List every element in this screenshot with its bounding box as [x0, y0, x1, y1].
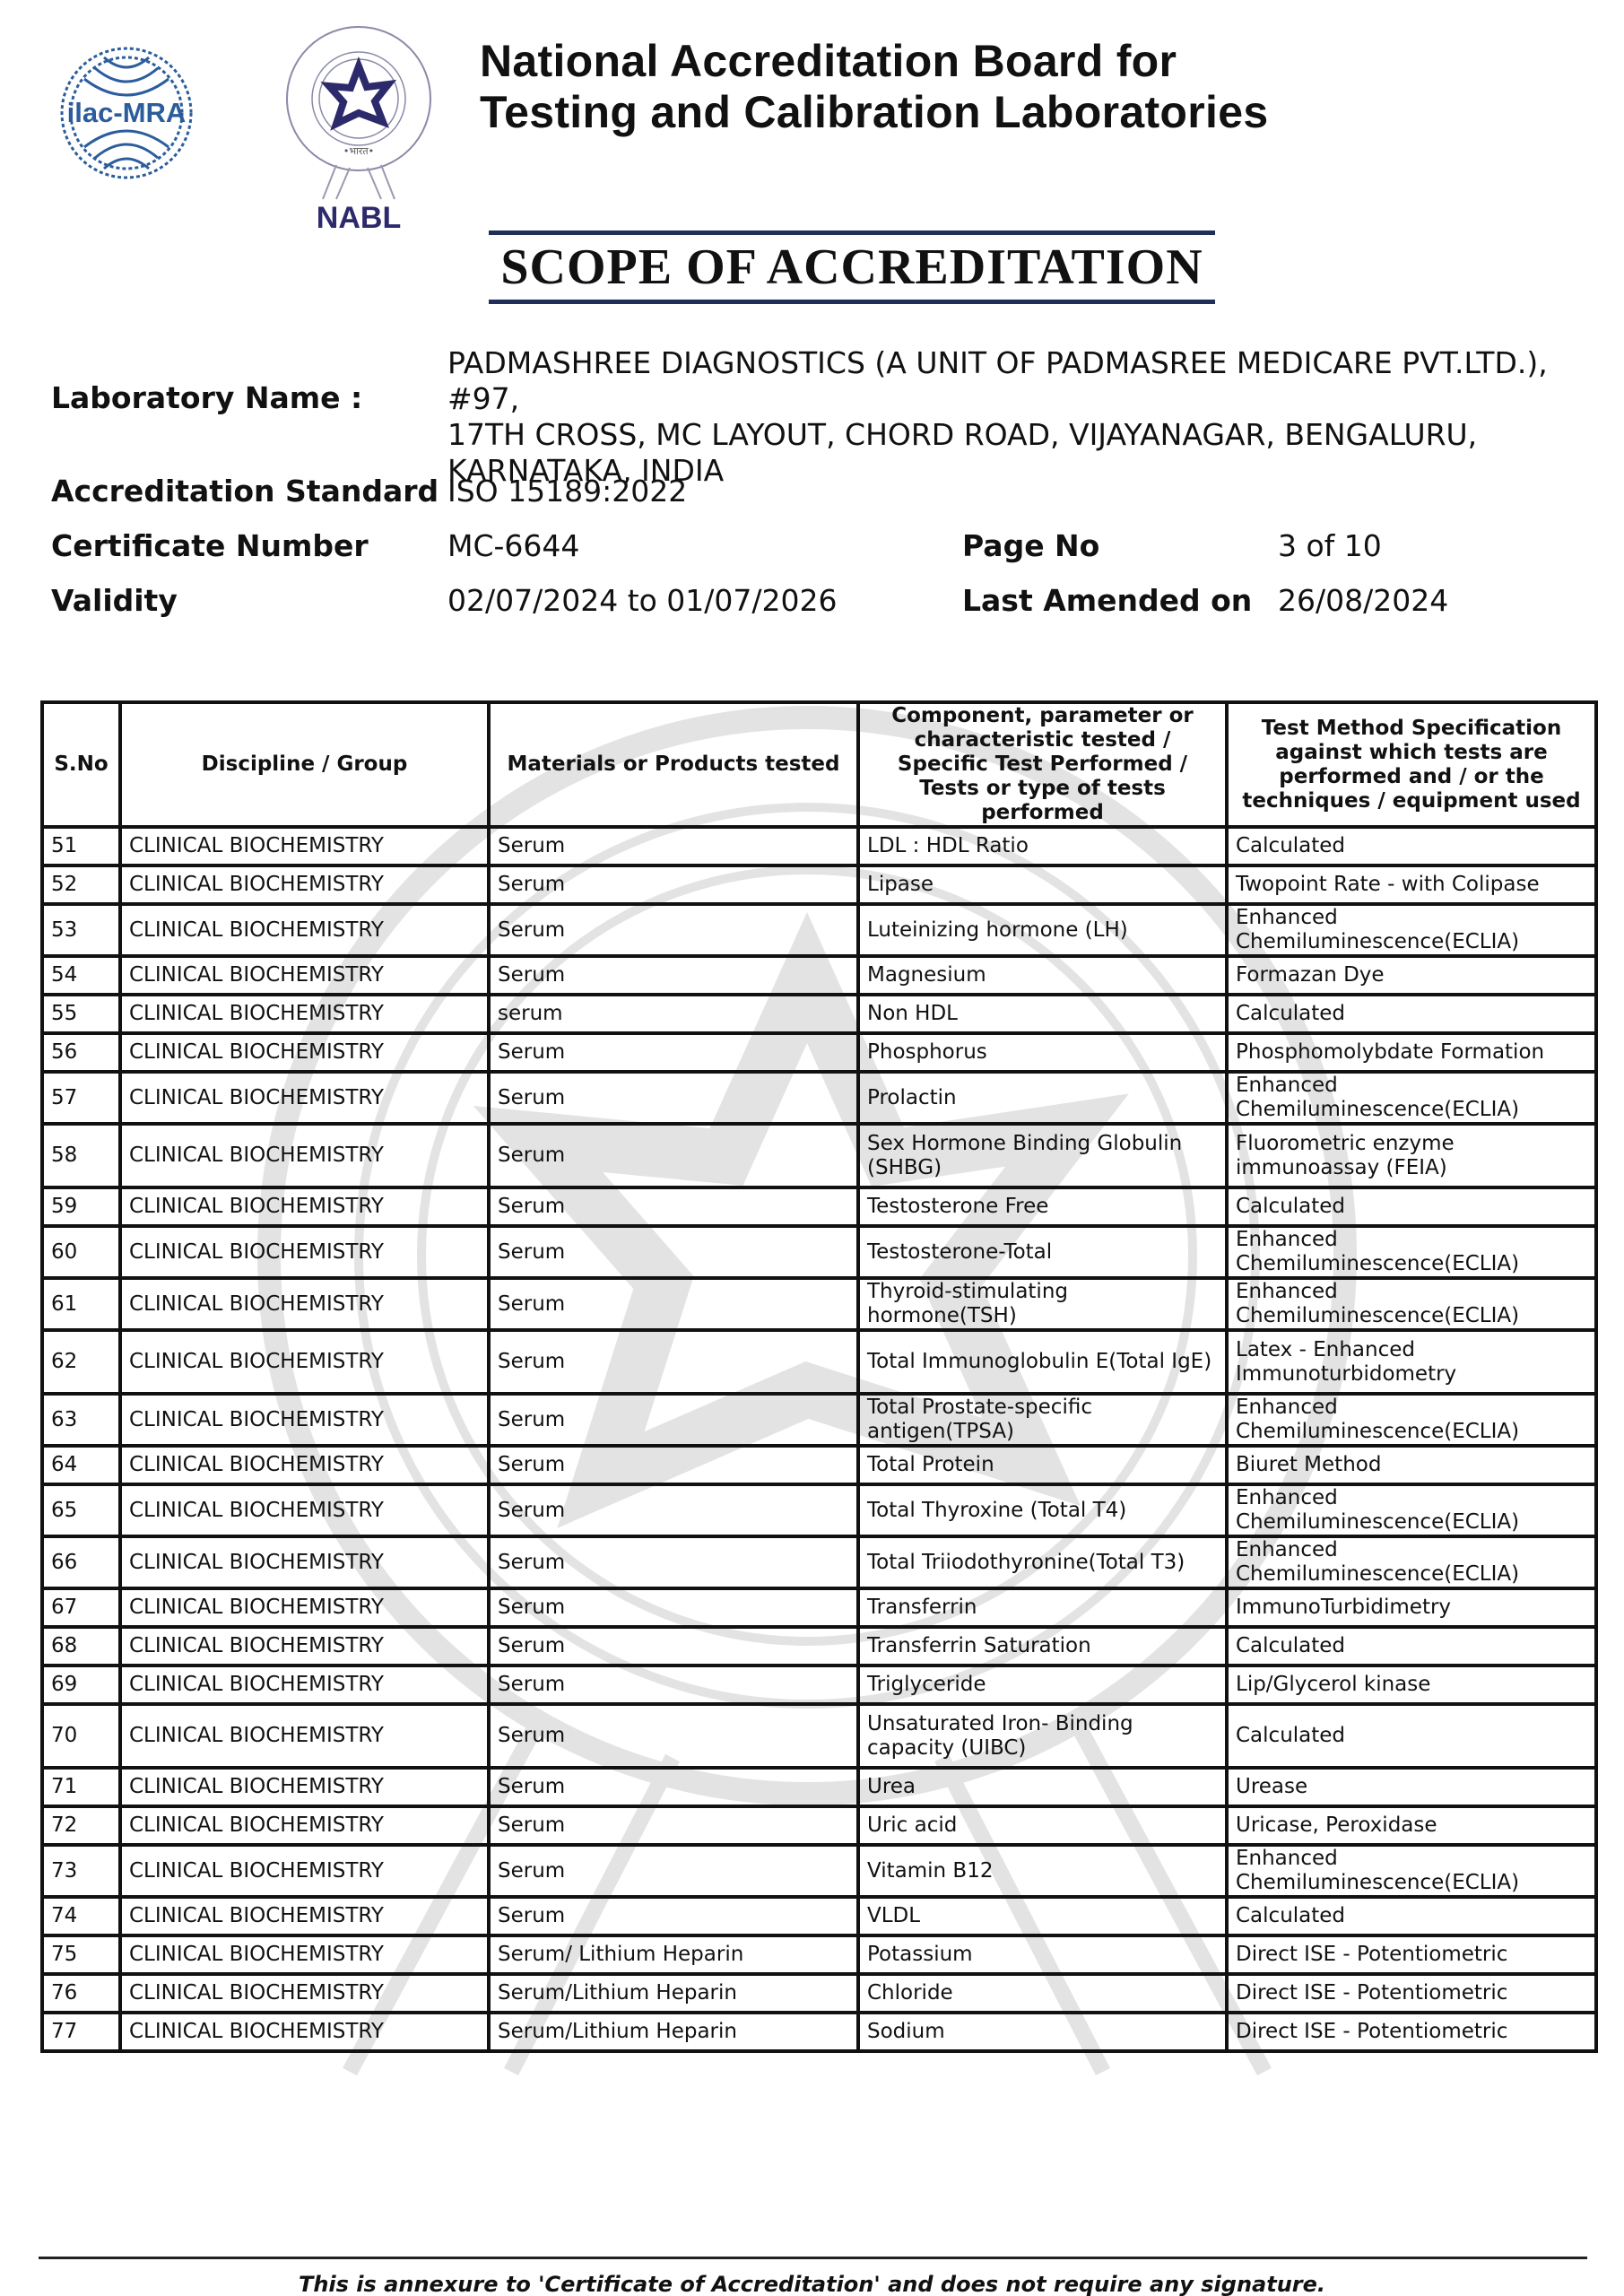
cell-component: Sex Hormone Binding Globulin (SHBG) — [858, 1124, 1227, 1187]
cell-sno: 60 — [42, 1226, 120, 1278]
lab-name-label: Laboratory Name : — [51, 380, 362, 415]
cell-discipline: CLINICAL BIOCHEMISTRY — [120, 904, 489, 956]
table-row: 61CLINICAL BIOCHEMISTRYSerumThyroid-stim… — [42, 1278, 1596, 1330]
cell-method: Enhanced Chemiluminescence(ECLIA) — [1227, 1226, 1596, 1278]
header-component: Component, parameter or characteristic t… — [858, 702, 1227, 827]
organization-title-line-1: National Accreditation Board for — [480, 36, 1268, 87]
table-row: 55CLINICAL BIOCHEMISTRYserumNon HDLCalcu… — [42, 995, 1596, 1033]
cell-component: Phosphorus — [858, 1033, 1227, 1072]
table-row: 53CLINICAL BIOCHEMISTRYSerumLuteinizing … — [42, 904, 1596, 956]
cell-material: Serum/Lithium Heparin — [489, 1974, 858, 2013]
cell-method: Enhanced Chemiluminescence(ECLIA) — [1227, 1278, 1596, 1330]
cell-sno: 51 — [42, 827, 120, 865]
document-title: SCOPE OF ACCREDITATION — [489, 238, 1215, 297]
cell-method: Calculated — [1227, 1897, 1596, 1935]
cell-method: Calculated — [1227, 1187, 1596, 1226]
cell-sno: 53 — [42, 904, 120, 956]
lab-name-value: PADMASHREE DIAGNOSTICS (A UNIT OF PADMAS… — [447, 345, 1586, 489]
cell-discipline: CLINICAL BIOCHEMISTRY — [120, 1768, 489, 1806]
table-row: 67CLINICAL BIOCHEMISTRYSerumTransferrinI… — [42, 1588, 1596, 1627]
organization-title-line-2: Testing and Calibration Laboratories — [480, 87, 1268, 138]
cell-discipline: CLINICAL BIOCHEMISTRY — [120, 1845, 489, 1897]
cell-component: Total Triiodothyronine(Total T3) — [858, 1536, 1227, 1588]
cell-component: Testosterone-Total — [858, 1226, 1227, 1278]
table-row: 69CLINICAL BIOCHEMISTRYSerumTriglyceride… — [42, 1665, 1596, 1704]
cell-method: ImmunoTurbidimetry — [1227, 1588, 1596, 1627]
cell-sno: 57 — [42, 1072, 120, 1124]
svg-text:ilac-MRA: ilac-MRA — [67, 97, 187, 128]
cell-component: VLDL — [858, 1897, 1227, 1935]
cell-material: Serum — [489, 1072, 858, 1124]
cell-material: serum — [489, 995, 858, 1033]
cell-component: Potassium — [858, 1935, 1227, 1974]
scope-table-container: S.No Discipline / Group Materials or Pro… — [40, 700, 1594, 2053]
title-rule-top — [489, 230, 1215, 235]
cell-material: Serum — [489, 1278, 858, 1330]
cell-method: Calculated — [1227, 1704, 1596, 1768]
cell-method: Enhanced Chemiluminescence(ECLIA) — [1227, 904, 1596, 956]
validity-label: Validity — [51, 583, 178, 618]
cell-discipline: CLINICAL BIOCHEMISTRY — [120, 995, 489, 1033]
nabl-logo: •भारत• NABL — [274, 20, 444, 233]
cell-sno: 64 — [42, 1446, 120, 1484]
table-row: 63CLINICAL BIOCHEMISTRYSerumTotal Prosta… — [42, 1394, 1596, 1446]
table-row: 70CLINICAL BIOCHEMISTRYSerumUnsaturated … — [42, 1704, 1596, 1768]
table-row: 58CLINICAL BIOCHEMISTRYSerumSex Hormone … — [42, 1124, 1596, 1187]
cell-method: Enhanced Chemiluminescence(ECLIA) — [1227, 1394, 1596, 1446]
cell-component: Urea — [858, 1768, 1227, 1806]
cell-sno: 63 — [42, 1394, 120, 1446]
cell-material: Serum — [489, 1704, 858, 1768]
cell-discipline: CLINICAL BIOCHEMISTRY — [120, 1124, 489, 1187]
cell-material: Serum/Lithium Heparin — [489, 2013, 858, 2051]
cell-material: Serum — [489, 1124, 858, 1187]
cell-method: Direct ISE - Potentiometric — [1227, 1974, 1596, 2013]
cell-discipline: CLINICAL BIOCHEMISTRY — [120, 1974, 489, 2013]
organization-title: National Accreditation Board for Testing… — [480, 36, 1268, 138]
cell-material: Serum — [489, 1665, 858, 1704]
table-row: 65CLINICAL BIOCHEMISTRYSerumTotal Thyrox… — [42, 1484, 1596, 1536]
cell-discipline: CLINICAL BIOCHEMISTRY — [120, 1226, 489, 1278]
cell-sno: 52 — [42, 865, 120, 904]
table-row: 66CLINICAL BIOCHEMISTRYSerumTotal Triiod… — [42, 1536, 1596, 1588]
cell-component: Prolactin — [858, 1072, 1227, 1124]
cell-material: Serum — [489, 1897, 858, 1935]
cell-method: Enhanced Chemiluminescence(ECLIA) — [1227, 1484, 1596, 1536]
cell-component: Thyroid-stimulating hormone(TSH) — [858, 1278, 1227, 1330]
cell-sno: 71 — [42, 1768, 120, 1806]
cell-method: Formazan Dye — [1227, 956, 1596, 995]
cell-method: Direct ISE - Potentiometric — [1227, 2013, 1596, 2051]
standard-label: Accreditation Standard — [51, 474, 439, 509]
scope-table: S.No Discipline / Group Materials or Pro… — [40, 700, 1598, 2053]
table-row: 72CLINICAL BIOCHEMISTRYSerumUric acidUri… — [42, 1806, 1596, 1845]
table-row: 60CLINICAL BIOCHEMISTRYSerumTestosterone… — [42, 1226, 1596, 1278]
table-row: 74CLINICAL BIOCHEMISTRYSerumVLDLCalculat… — [42, 1897, 1596, 1935]
table-row: 59CLINICAL BIOCHEMISTRYSerumTestosterone… — [42, 1187, 1596, 1226]
cell-discipline: CLINICAL BIOCHEMISTRY — [120, 956, 489, 995]
title-rule-bottom — [489, 300, 1215, 304]
cell-method: Twopoint Rate - with Colipase — [1227, 865, 1596, 904]
cell-discipline: CLINICAL BIOCHEMISTRY — [120, 1484, 489, 1536]
cell-material: Serum/ Lithium Heparin — [489, 1935, 858, 1974]
cell-material: Serum — [489, 1768, 858, 1806]
cell-method: Enhanced Chemiluminescence(ECLIA) — [1227, 1072, 1596, 1124]
cell-method: Latex - Enhanced Immunoturbidometry — [1227, 1330, 1596, 1394]
footer-note: This is annexure to 'Certificate of Accr… — [0, 2272, 1624, 2296]
table-row: 75CLINICAL BIOCHEMISTRYSerum/ Lithium He… — [42, 1935, 1596, 1974]
cell-sno: 76 — [42, 1974, 120, 2013]
cell-sno: 69 — [42, 1665, 120, 1704]
cell-discipline: CLINICAL BIOCHEMISTRY — [120, 1072, 489, 1124]
cell-material: Serum — [489, 1627, 858, 1665]
cell-discipline: CLINICAL BIOCHEMISTRY — [120, 1330, 489, 1394]
cell-method: Biuret Method — [1227, 1446, 1596, 1484]
cell-material: Serum — [489, 1394, 858, 1446]
cell-material: Serum — [489, 1033, 858, 1072]
cell-sno: 67 — [42, 1588, 120, 1627]
page-value: 3 of 10 — [1278, 528, 1382, 563]
cell-component: Total Thyroxine (Total T4) — [858, 1484, 1227, 1536]
cell-component: Transferrin Saturation — [858, 1627, 1227, 1665]
table-row: 76CLINICAL BIOCHEMISTRYSerum/Lithium Hep… — [42, 1974, 1596, 2013]
table-row: 71CLINICAL BIOCHEMISTRYSerumUreaUrease — [42, 1768, 1596, 1806]
cell-sno: 56 — [42, 1033, 120, 1072]
cell-component: Chloride — [858, 1974, 1227, 2013]
table-row: 73CLINICAL BIOCHEMISTRYSerumVitamin B12E… — [42, 1845, 1596, 1897]
cell-material: Serum — [489, 1330, 858, 1394]
cell-sno: 59 — [42, 1187, 120, 1226]
lab-name-line: PADMASHREE DIAGNOSTICS (A UNIT OF PADMAS… — [447, 345, 1586, 417]
table-row: 64CLINICAL BIOCHEMISTRYSerumTotal Protei… — [42, 1446, 1596, 1484]
table-row: 57CLINICAL BIOCHEMISTRYSerumProlactinEnh… — [42, 1072, 1596, 1124]
svg-text:•भारत•: •भारत• — [343, 145, 374, 157]
cell-component: Luteinizing hormone (LH) — [858, 904, 1227, 956]
cell-component: Total Prostate-specific antigen(TPSA) — [858, 1394, 1227, 1446]
cell-method: Uricase, Peroxidase — [1227, 1806, 1596, 1845]
cell-discipline: CLINICAL BIOCHEMISTRY — [120, 827, 489, 865]
cell-method: Calculated — [1227, 1627, 1596, 1665]
header-sno: S.No — [42, 702, 120, 827]
cell-sno: 74 — [42, 1897, 120, 1935]
cell-sno: 75 — [42, 1935, 120, 1974]
cell-method: Calculated — [1227, 995, 1596, 1033]
cell-material: Serum — [489, 1226, 858, 1278]
table-row: 62CLINICAL BIOCHEMISTRYSerumTotal Immuno… — [42, 1330, 1596, 1394]
cell-discipline: CLINICAL BIOCHEMISTRY — [120, 1704, 489, 1768]
cell-discipline: CLINICAL BIOCHEMISTRY — [120, 1278, 489, 1330]
header-method: Test Method Specification against which … — [1227, 702, 1596, 827]
cell-sno: 65 — [42, 1484, 120, 1536]
table-row: 51CLINICAL BIOCHEMISTRYSerumLDL : HDL Ra… — [42, 827, 1596, 865]
svg-text:NABL: NABL — [317, 201, 401, 233]
cell-material: Serum — [489, 827, 858, 865]
cell-discipline: CLINICAL BIOCHEMISTRY — [120, 1897, 489, 1935]
cell-discipline: CLINICAL BIOCHEMISTRY — [120, 1187, 489, 1226]
cell-method: Phosphomolybdate Formation — [1227, 1033, 1596, 1072]
table-row: 52CLINICAL BIOCHEMISTRYSerumLipaseTwopoi… — [42, 865, 1596, 904]
header-discipline: Discipline / Group — [120, 702, 489, 827]
cell-method: Enhanced Chemiluminescence(ECLIA) — [1227, 1536, 1596, 1588]
cell-discipline: CLINICAL BIOCHEMISTRY — [120, 1033, 489, 1072]
cell-discipline: CLINICAL BIOCHEMISTRY — [120, 1935, 489, 1974]
cell-method: Direct ISE - Potentiometric — [1227, 1935, 1596, 1974]
cell-discipline: CLINICAL BIOCHEMISTRY — [120, 1536, 489, 1588]
cell-material: Serum — [489, 904, 858, 956]
ilac-mra-logo: ilac-MRA — [59, 23, 194, 203]
cell-sno: 54 — [42, 956, 120, 995]
cell-discipline: CLINICAL BIOCHEMISTRY — [120, 1665, 489, 1704]
page-label: Page No — [962, 528, 1099, 563]
certificate-label: Certificate Number — [51, 528, 369, 563]
cell-component: Magnesium — [858, 956, 1227, 995]
cell-discipline: CLINICAL BIOCHEMISTRY — [120, 1806, 489, 1845]
cell-sno: 62 — [42, 1330, 120, 1394]
cell-discipline: CLINICAL BIOCHEMISTRY — [120, 1446, 489, 1484]
cell-sno: 66 — [42, 1536, 120, 1588]
validity-value: 02/07/2024 to 01/07/2026 — [447, 583, 838, 618]
cell-method: Calculated — [1227, 827, 1596, 865]
cell-component: Sodium — [858, 2013, 1227, 2051]
cell-component: LDL : HDL Ratio — [858, 827, 1227, 865]
cell-material: Serum — [489, 1536, 858, 1588]
cell-component: Non HDL — [858, 995, 1227, 1033]
standard-value: ISO 15189:2022 — [447, 474, 687, 509]
cell-sno: 77 — [42, 2013, 120, 2051]
cell-method: Fluorometric enzyme immunoassay (FEIA) — [1227, 1124, 1596, 1187]
cell-component: Transferrin — [858, 1588, 1227, 1627]
certificate-value: MC-6644 — [447, 528, 579, 563]
cell-material: Serum — [489, 1806, 858, 1845]
cell-sno: 73 — [42, 1845, 120, 1897]
footer-rule — [39, 2257, 1587, 2259]
cell-component: Testosterone Free — [858, 1187, 1227, 1226]
cell-method: Lip/Glycerol kinase — [1227, 1665, 1596, 1704]
cell-material: Serum — [489, 1484, 858, 1536]
scope-table-body: 51CLINICAL BIOCHEMISTRYSerumLDL : HDL Ra… — [42, 827, 1596, 2051]
cell-discipline: CLINICAL BIOCHEMISTRY — [120, 1627, 489, 1665]
header-materials: Materials or Products tested — [489, 702, 858, 827]
cell-material: Serum — [489, 865, 858, 904]
cell-component: Lipase — [858, 865, 1227, 904]
cell-discipline: CLINICAL BIOCHEMISTRY — [120, 1394, 489, 1446]
cell-component: Total Protein — [858, 1446, 1227, 1484]
cell-sno: 58 — [42, 1124, 120, 1187]
cell-material: Serum — [489, 1845, 858, 1897]
cell-component: Triglyceride — [858, 1665, 1227, 1704]
table-row: 77CLINICAL BIOCHEMISTRYSerum/Lithium Hep… — [42, 2013, 1596, 2051]
table-row: 54CLINICAL BIOCHEMISTRYSerumMagnesiumFor… — [42, 956, 1596, 995]
cell-method: Enhanced Chemiluminescence(ECLIA) — [1227, 1845, 1596, 1897]
table-row: 68CLINICAL BIOCHEMISTRYSerumTransferrin … — [42, 1627, 1596, 1665]
cell-material: Serum — [489, 1446, 858, 1484]
lab-name-line: 17TH CROSS, MC LAYOUT, CHORD ROAD, VIJAY… — [447, 417, 1586, 453]
cell-component: Total Immunoglobulin E(Total IgE) — [858, 1330, 1227, 1394]
cell-method: Urease — [1227, 1768, 1596, 1806]
cell-discipline: CLINICAL BIOCHEMISTRY — [120, 865, 489, 904]
cell-sno: 55 — [42, 995, 120, 1033]
table-header-row: S.No Discipline / Group Materials or Pro… — [42, 702, 1596, 827]
cell-component: Vitamin B12 — [858, 1845, 1227, 1897]
amended-label: Last Amended on — [962, 583, 1252, 618]
cell-component: Unsaturated Iron- Binding capacity (UIBC… — [858, 1704, 1227, 1768]
cell-material: Serum — [489, 1187, 858, 1226]
cell-sno: 72 — [42, 1806, 120, 1845]
cell-material: Serum — [489, 1588, 858, 1627]
cell-material: Serum — [489, 956, 858, 995]
cell-discipline: CLINICAL BIOCHEMISTRY — [120, 2013, 489, 2051]
cell-sno: 61 — [42, 1278, 120, 1330]
table-row: 56CLINICAL BIOCHEMISTRYSerumPhosphorusPh… — [42, 1033, 1596, 1072]
cell-component: Uric acid — [858, 1806, 1227, 1845]
amended-value: 26/08/2024 — [1278, 583, 1448, 618]
cell-sno: 70 — [42, 1704, 120, 1768]
cell-discipline: CLINICAL BIOCHEMISTRY — [120, 1588, 489, 1627]
cell-sno: 68 — [42, 1627, 120, 1665]
